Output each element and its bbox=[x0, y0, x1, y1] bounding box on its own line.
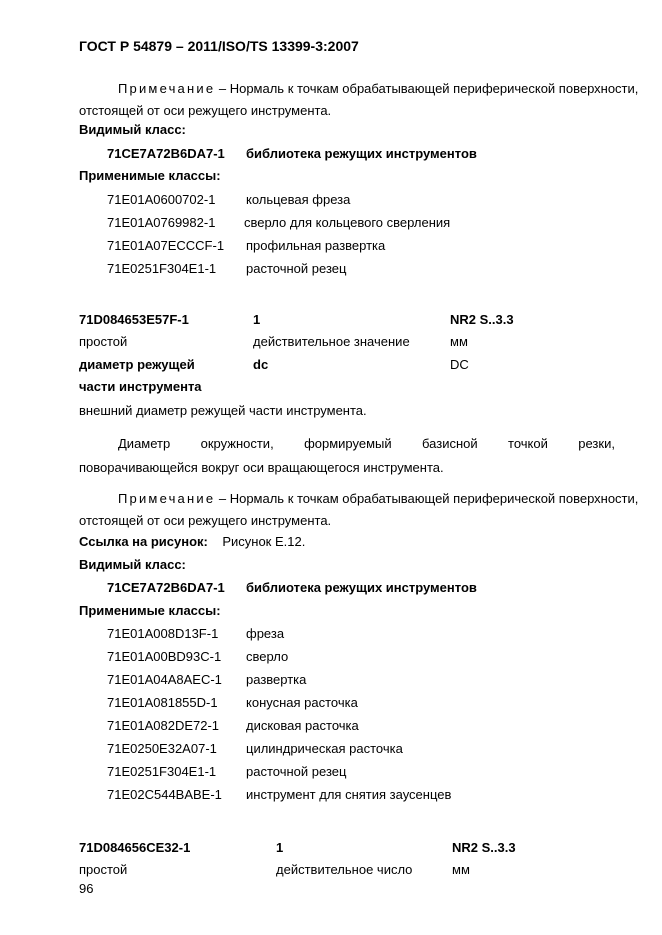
applicable-class-code: 71E0251F304E1-1 bbox=[107, 764, 216, 779]
note-label: Примечание bbox=[118, 491, 215, 506]
applicable-class-code: 71E01A0600702-1 bbox=[107, 192, 215, 207]
property-description: Диаметр окружности, формируемый базисной… bbox=[118, 436, 615, 451]
applicable-class-name: конусная расточка bbox=[246, 695, 358, 710]
property-ref: NR2 S..3.3 bbox=[452, 840, 516, 855]
property-symbol: dc bbox=[253, 357, 268, 372]
visible-class-label: Видимый класс: bbox=[79, 122, 186, 137]
visible-class-code: 71CE7A72B6DA7-1 bbox=[107, 580, 225, 595]
applicable-class-name: фреза bbox=[246, 626, 284, 641]
property-name-line1: диаметр режущей bbox=[79, 357, 195, 372]
figure-reference-label: Ссылка на рисунок: bbox=[79, 534, 208, 549]
applicable-class-name: расточной резец bbox=[246, 261, 346, 276]
applicable-class-name: сверло для кольцевого сверления bbox=[244, 215, 450, 230]
applicable-class-name: инструмент для снятия заусенцев bbox=[246, 787, 451, 802]
applicable-class-code: 71E0251F304E1-1 bbox=[107, 261, 216, 276]
note-label: Примечание bbox=[118, 81, 215, 96]
property-type: простой bbox=[79, 334, 127, 349]
visible-class-code: 71CE7A72B6DA7-1 bbox=[107, 146, 225, 161]
applicable-class-name: цилиндрическая расточка bbox=[246, 741, 403, 756]
note-continuation: отстоящей от оси режущего инструмента. bbox=[79, 513, 331, 528]
note: Примечание – Нормаль к точкам обрабатыва… bbox=[118, 491, 638, 506]
applicable-class-code: 71E01A081855D-1 bbox=[107, 695, 218, 710]
note-continuation: отстоящей от оси режущего инструмента. bbox=[79, 103, 331, 118]
figure-reference: Ссылка на рисунок: Рисунок Е.12. bbox=[79, 534, 305, 549]
property-datatype: действительное число bbox=[276, 862, 412, 877]
applicable-class-code: 71E01A00BD93C-1 bbox=[107, 649, 221, 664]
applicable-class-code: 71E01A0769982-1 bbox=[107, 215, 215, 230]
applicable-class-code: 71E01A04A8AEC-1 bbox=[107, 672, 222, 687]
applicable-class-name: дисковая расточка bbox=[246, 718, 359, 733]
note-text: – Нормаль к точкам обрабатывающей перифе… bbox=[215, 491, 638, 506]
property-unit: мм bbox=[452, 862, 470, 877]
applicable-class-name: расточной резец bbox=[246, 764, 346, 779]
visible-class-name: библиотека режущих инструментов bbox=[246, 146, 477, 161]
page-number: 96 bbox=[79, 881, 93, 896]
applicable-class-code: 71E01A07ECCCF-1 bbox=[107, 238, 224, 253]
applicable-class-code: 71E01A082DE72-1 bbox=[107, 718, 219, 733]
applicable-class-name: кольцевая фреза bbox=[246, 192, 350, 207]
property-id: 71D084656CE32-1 bbox=[79, 840, 190, 855]
property-unit: мм bbox=[450, 334, 468, 349]
property-description-continuation: поворачивающейся вокруг оси вращающегося… bbox=[79, 460, 444, 475]
note-text: – Нормаль к точкам обрабатывающей перифе… bbox=[215, 81, 638, 96]
property-code: DC bbox=[450, 357, 469, 372]
document-header: ГОСТ Р 54879 – 2011/ISO/TS 13399-3:2007 bbox=[79, 38, 359, 54]
property-type: простой bbox=[79, 862, 127, 877]
applicable-class-name: сверло bbox=[246, 649, 288, 664]
property-version: 1 bbox=[253, 312, 260, 327]
applicable-class-name: развертка bbox=[246, 672, 306, 687]
applicable-class-code: 71E01A008D13F-1 bbox=[107, 626, 218, 641]
applicable-class-code: 71E02C544BABE-1 bbox=[107, 787, 222, 802]
note: Примечание – Нормаль к точкам обрабатыва… bbox=[118, 81, 638, 96]
property-name-line2: части инструмента bbox=[79, 379, 202, 394]
visible-class-label: Видимый класс: bbox=[79, 557, 186, 572]
property-ref: NR2 S..3.3 bbox=[450, 312, 514, 327]
applicable-class-name: профильная развертка bbox=[246, 238, 385, 253]
property-id: 71D084653E57F-1 bbox=[79, 312, 189, 327]
property-definition: внешний диаметр режущей части инструмент… bbox=[79, 403, 367, 418]
visible-class-name: библиотека режущих инструментов bbox=[246, 580, 477, 595]
applicable-classes-label: Применимые классы: bbox=[79, 168, 221, 183]
property-datatype: действительное значение bbox=[253, 334, 410, 349]
figure-reference-value: Рисунок Е.12. bbox=[222, 534, 305, 549]
applicable-classes-label: Применимые классы: bbox=[79, 603, 221, 618]
property-version: 1 bbox=[276, 840, 283, 855]
applicable-class-code: 71E0250E32A07-1 bbox=[107, 741, 217, 756]
